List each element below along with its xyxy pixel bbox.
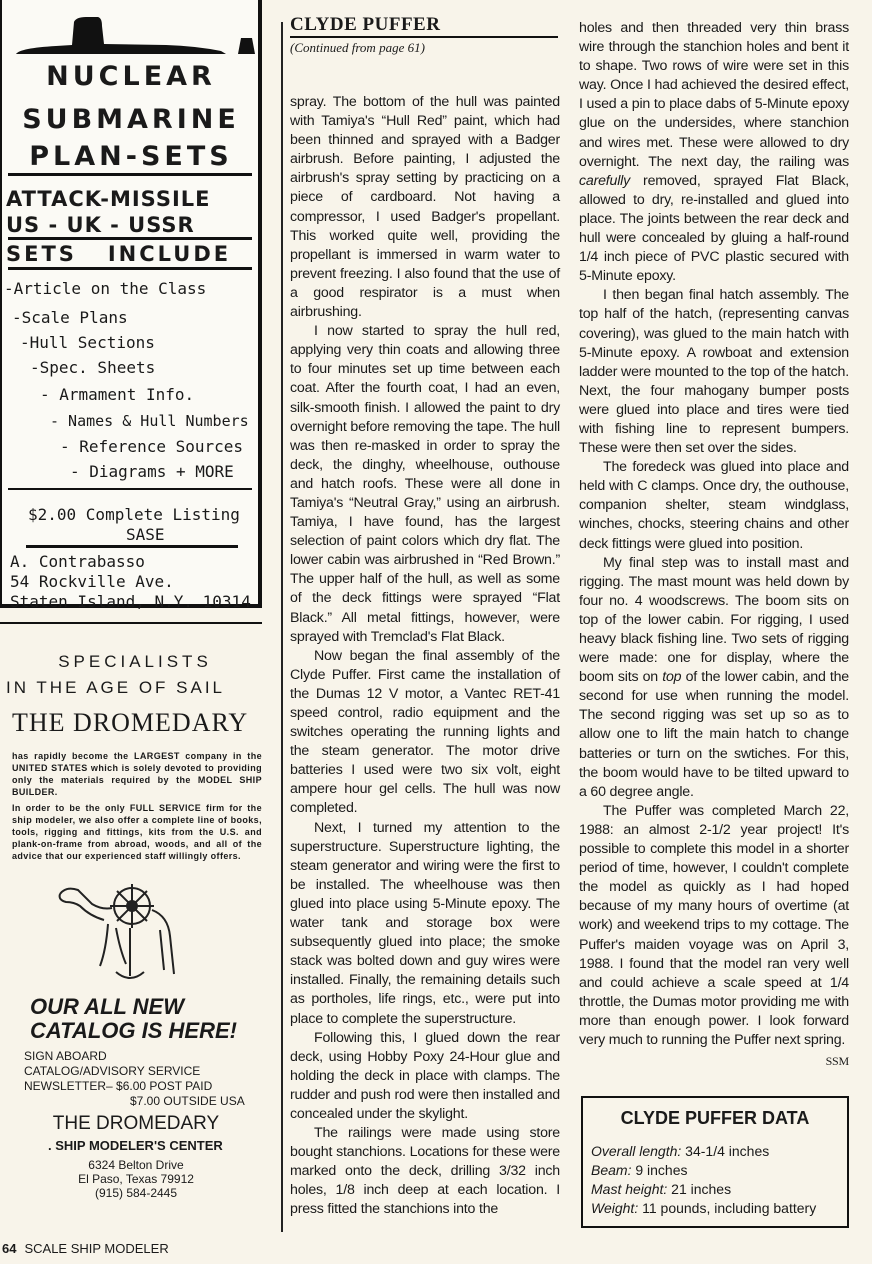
end-mark: SSM — [802, 1052, 849, 1071]
article-paragraph: Now began the final assembly of the Clyd… — [290, 647, 560, 819]
dromedary-phone: (915) 584-2445 — [0, 1186, 272, 1201]
emphasis: carefully — [579, 173, 630, 189]
catalog-heading-1: OUR ALL NEW — [30, 994, 184, 1020]
divider — [8, 488, 252, 490]
dromedary-address: 6324 Belton Drive — [0, 1158, 272, 1173]
data-label: Weight: — [591, 1200, 638, 1216]
ad-list-item: - Reference Sources — [60, 437, 243, 457]
dromedary-title-2: THE DROMEDARY — [0, 1113, 272, 1135]
data-row: Mast height: 21 inches — [591, 1180, 816, 1199]
data-list: Overall length: 34-1/4 inches Beam: 9 in… — [591, 1142, 816, 1218]
text-run: of the lower cabin, and the second for u… — [579, 669, 849, 800]
text-run: removed, sprayed Flat Black, allowed to … — [579, 173, 849, 284]
article-paragraph: I then began final hatch assembly. The t… — [579, 286, 849, 458]
sets-include-heading: SETS INCLUDE — [6, 242, 258, 266]
article-paragraph: The foredeck was glued into place and he… — [579, 458, 849, 553]
data-value: 9 inches — [635, 1162, 687, 1178]
ad-countries: US - UK - USSR — [6, 213, 258, 237]
data-row: Weight: 11 pounds, including battery — [591, 1199, 816, 1218]
age-of-sail-heading: IN THE AGE OF SAIL — [6, 678, 225, 698]
ad-list-item: -Article on the Class — [4, 279, 206, 299]
article-paragraph: Next, I turned my attention to the super… — [290, 819, 560, 1029]
data-label: Mast height: — [591, 1181, 667, 1197]
text-run: My final step was to install mast and ri… — [579, 555, 849, 686]
data-box-title: CLYDE PUFFER DATA — [583, 1108, 847, 1129]
article-paragraph: The Puffer was completed March 22, 1988:… — [579, 802, 849, 1050]
article-column-2: holes and then threaded very thin brass … — [579, 19, 849, 1071]
title-rule — [290, 36, 558, 38]
article-paragraph: spray. The bottom of the hull was painte… — [290, 93, 560, 322]
advisory-service: CATALOG/ADVISORY SERVICE — [24, 1064, 200, 1079]
submarine-plans-ad: NUCLEAR SUBMARINE PLAN-SETS ATTACK-MISSI… — [0, 0, 262, 608]
ad-types: ATTACK-MISSILE — [6, 187, 258, 211]
dromedary-address: El Paso, Texas 79912 — [0, 1172, 272, 1187]
sase-note: SASE — [126, 525, 165, 545]
article-paragraph: The railings were made using store bough… — [290, 1124, 560, 1219]
specialists-heading: SPECIALISTS — [0, 652, 270, 672]
clyde-puffer-data-box: CLYDE PUFFER DATA Overall length: 34-1/4… — [581, 1096, 849, 1228]
dromedary-title: THE DROMEDARY — [12, 708, 248, 738]
ad-headline-3: PLAN-SETS — [2, 142, 260, 172]
ad-list-item: - Armament Info. — [40, 385, 194, 405]
sign-aboard: SIGN ABOARD — [24, 1049, 107, 1064]
continued-note: (Continued from page 61) — [290, 40, 425, 56]
data-value: 34-1/4 inches — [685, 1143, 769, 1159]
newsletter-price: NEWSLETTER– $6.00 POST PAID — [24, 1079, 212, 1094]
article-paragraph: Following this, I glued down the rear de… — [290, 1029, 560, 1124]
article-paragraph: My final step was to install mast and ri… — [579, 554, 849, 802]
data-label: Beam: — [591, 1162, 631, 1178]
address-line: 54 Rockville Ave. — [10, 572, 174, 592]
data-value: 21 inches — [671, 1181, 731, 1197]
ad-list-item: - Names & Hull Numbers — [50, 411, 249, 431]
listing-price: $2.00 Complete Listing — [28, 505, 240, 525]
address-line: Staten Island, N.Y. 10314 — [10, 592, 251, 612]
divider — [0, 622, 262, 624]
dromedary-subtitle: . SHIP MODELER'S CENTER — [48, 1138, 223, 1153]
magazine-name: SCALE SHIP MODELER — [24, 1241, 168, 1256]
article-title: CLYDE PUFFER — [290, 14, 440, 36]
divider — [8, 267, 252, 270]
catalog-heading-2: CATALOG IS HERE! — [30, 1018, 237, 1044]
camel-ships-wheel-icon — [56, 880, 196, 990]
divider — [26, 545, 238, 548]
ad-headline-2: SUBMARINE — [2, 105, 260, 135]
page-footer: 64SCALE SHIP MODELER — [2, 1241, 169, 1256]
divider — [8, 237, 252, 240]
submarine-silhouette-icon — [16, 14, 256, 58]
column-divider — [281, 22, 283, 1232]
article-paragraph: holes and then threaded very thin brass … — [579, 19, 849, 286]
dromedary-paragraph: has rapidly become the LARGEST company i… — [12, 750, 262, 798]
ad-list-item: -Scale Plans — [12, 308, 128, 328]
article-column-1: spray. The bottom of the hull was painte… — [290, 93, 560, 1220]
ad-headline-1: NUCLEAR — [2, 62, 260, 92]
text-run: holes and then threaded very thin brass … — [579, 20, 849, 170]
data-row: Beam: 9 inches — [591, 1161, 816, 1180]
ad-list-item: -Hull Sections — [20, 333, 155, 353]
dromedary-paragraph: In order to be the only FULL SERVICE fir… — [12, 802, 262, 862]
divider — [8, 173, 252, 176]
page-number: 64 — [2, 1241, 16, 1256]
data-row: Overall length: 34-1/4 inches — [591, 1142, 816, 1161]
ad-list-item: -Spec. Sheets — [30, 358, 155, 378]
data-value: 11 pounds, including battery — [642, 1200, 816, 1216]
article-paragraph: I now started to spray the hull red, app… — [290, 322, 560, 647]
emphasis: top — [662, 669, 681, 685]
address-line: A. Contrabasso — [10, 552, 145, 572]
outside-usa-price: $7.00 OUTSIDE USA — [130, 1094, 245, 1109]
data-label: Overall length: — [591, 1143, 681, 1159]
text-run: The Puffer was completed March 22, 1988:… — [579, 803, 849, 1048]
ad-list-item: - Diagrams + MORE — [70, 462, 234, 482]
